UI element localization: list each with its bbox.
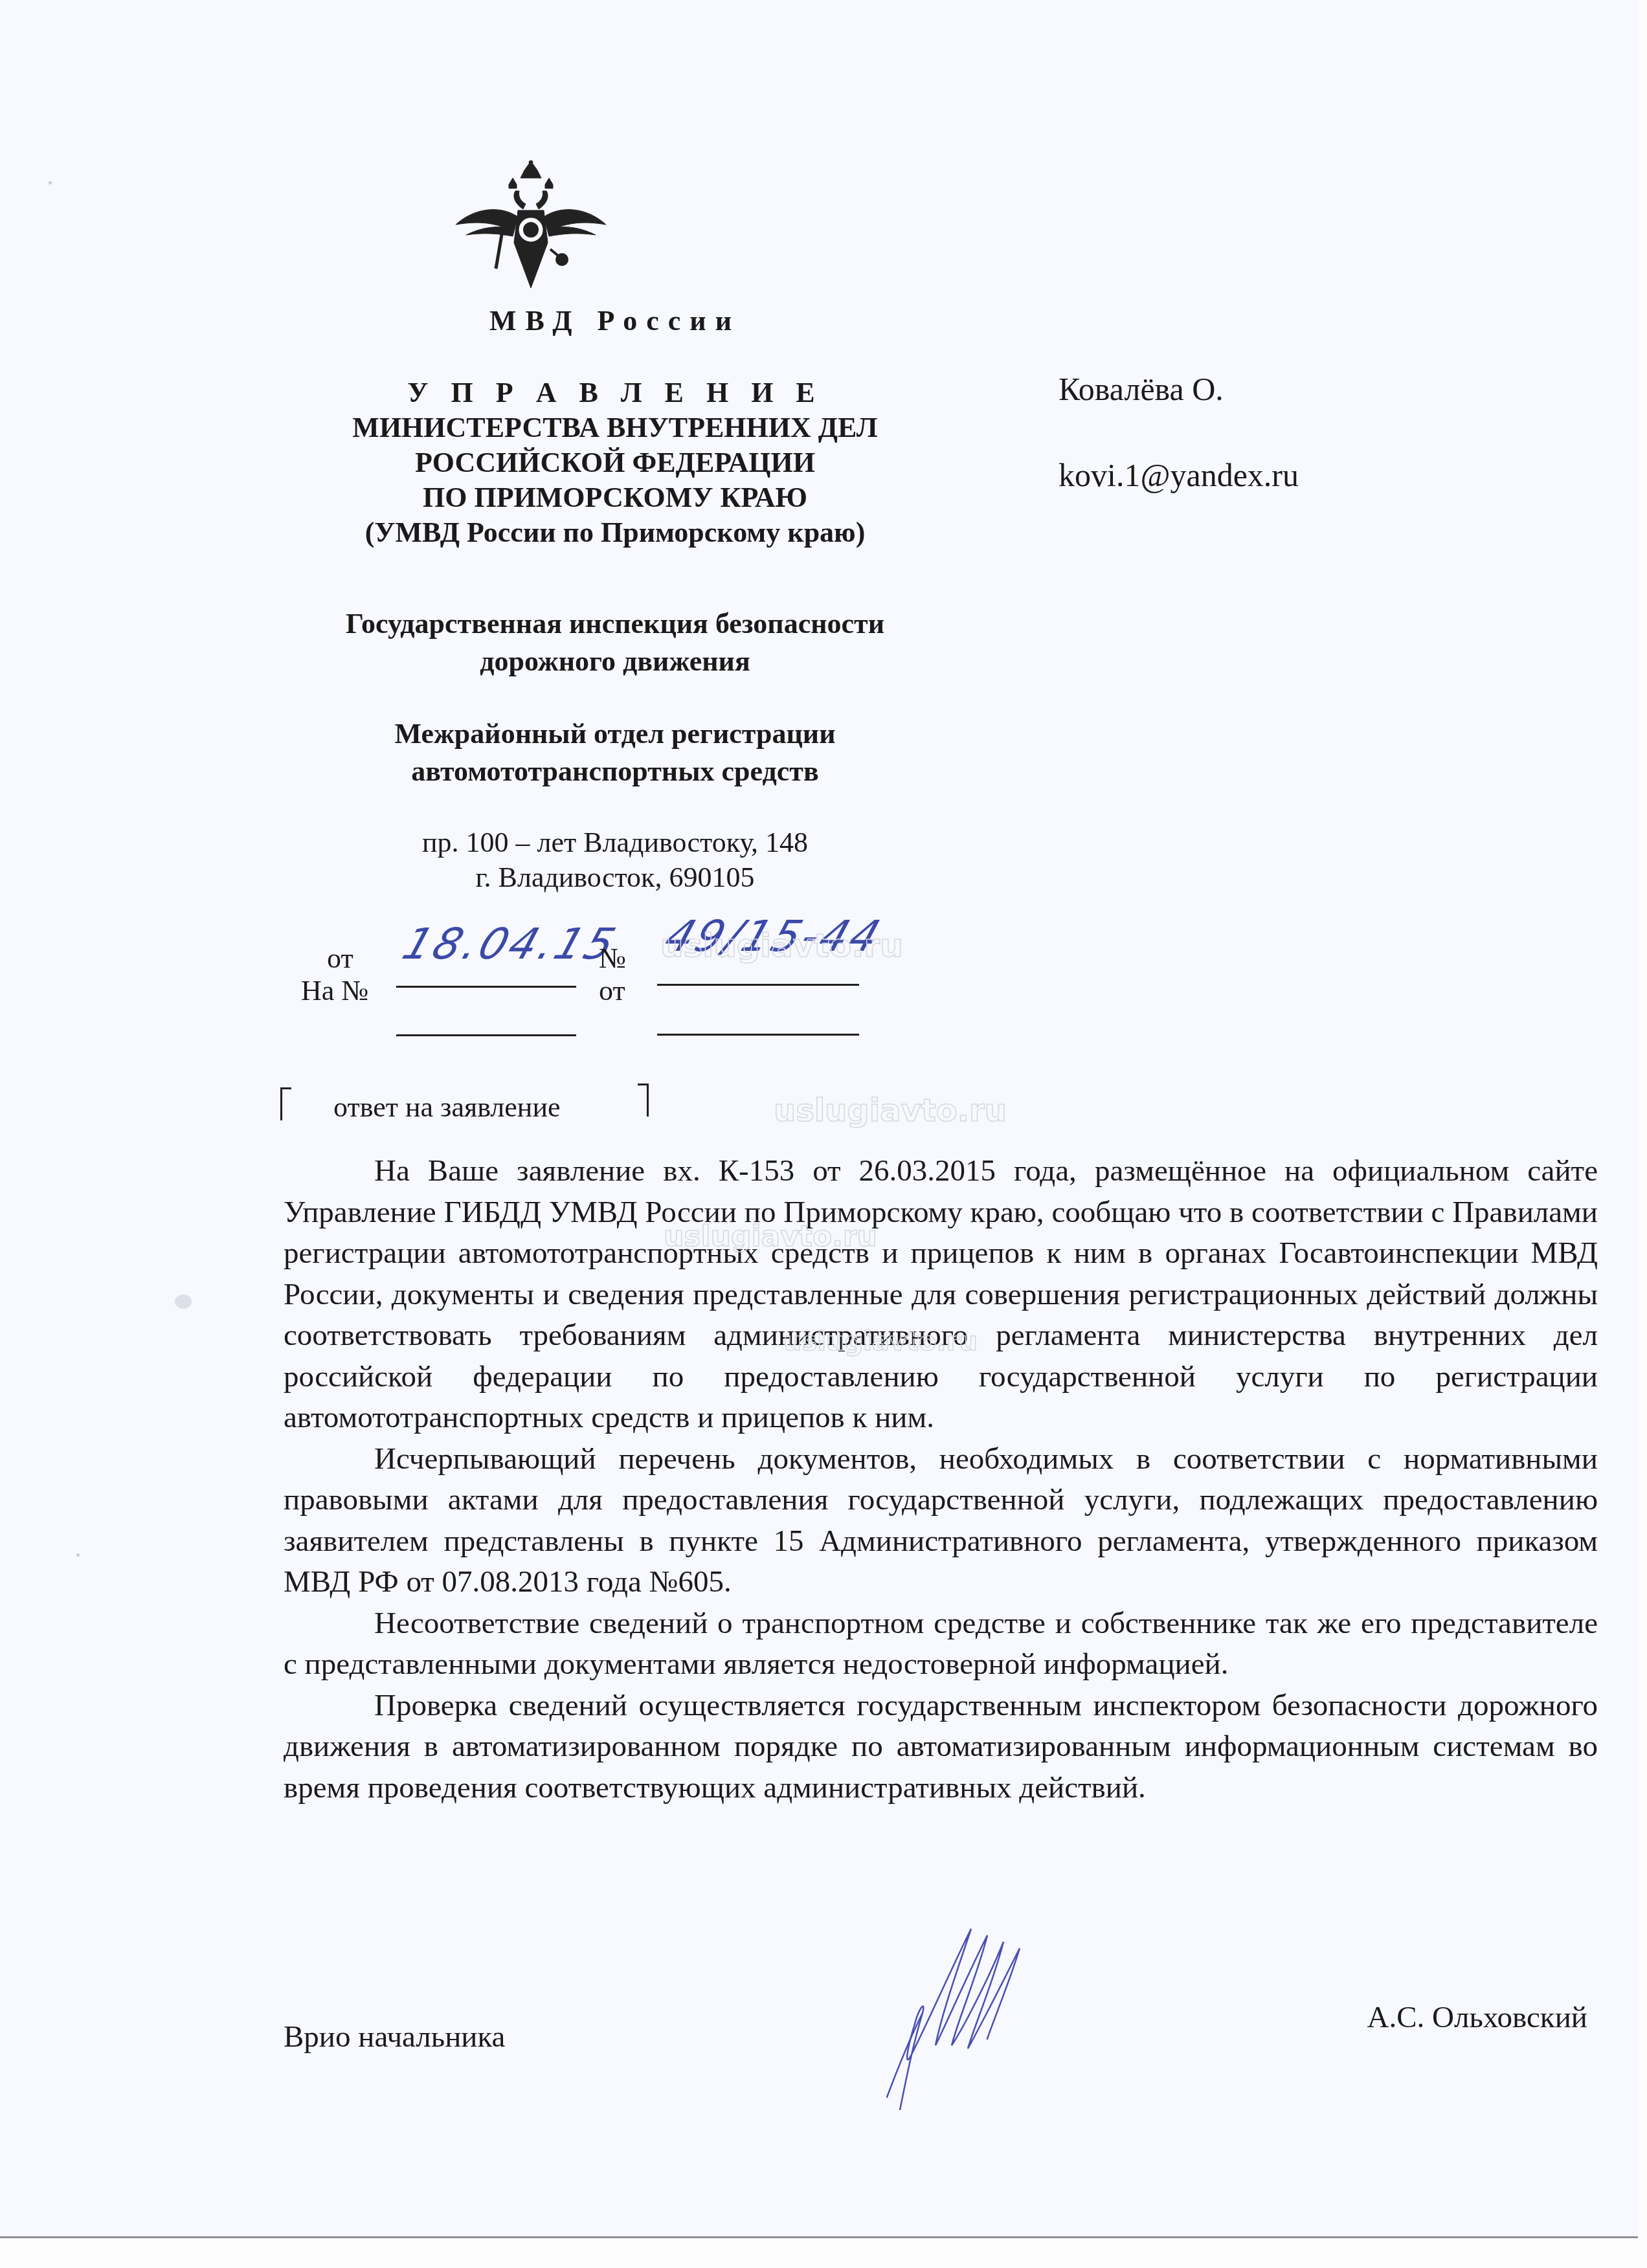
handwritten-signature-icon — [861, 1916, 1068, 2110]
subject-bracket-left — [280, 1087, 291, 1120]
from-date-label: от — [327, 942, 353, 975]
reply-to-label: На № — [301, 974, 368, 1007]
body-paragraph: Несоответствие сведений о транспортном с… — [284, 1603, 1598, 1685]
date-value: 18.04.15 — [396, 919, 623, 969]
signer-name: А.С. Ольховский — [1367, 2000, 1588, 2035]
number-value: 49/15-44 — [658, 911, 888, 961]
department-line: У П Р А В Л Е Н И Е — [272, 375, 958, 410]
signer-position: Врио начальника — [284, 2019, 505, 2054]
reply-from-field-line — [657, 1034, 859, 1036]
subject-bracket-right — [638, 1084, 649, 1117]
inspection-name: Государственная инспекция безопасности д… — [272, 605, 958, 680]
department-name: У П Р А В Л Е Н И Е МИНИСТЕРСТВА ВНУТРЕН… — [272, 375, 958, 550]
subject-line: ответ на заявление — [333, 1091, 560, 1124]
date-field-line — [396, 986, 576, 988]
body-paragraph: На Ваше заявление вх. К-153 от 26.03.201… — [284, 1151, 1598, 1439]
scan-artifact — [175, 1295, 192, 1309]
reply-to-field-line — [396, 1034, 576, 1036]
mvd-eagle-emblem-icon — [453, 159, 609, 295]
department-line: (УМВД России по Приморскому краю) — [272, 515, 958, 550]
recipient-email: kovi.1@yandex.ru — [1059, 456, 1299, 494]
reply-from-label: от — [599, 974, 625, 1007]
inspection-line: дорожного движения — [272, 643, 958, 680]
department-line: МИНИСТЕРСТВА ВНУТРЕННИХ ДЕЛ — [272, 410, 958, 445]
scan-artifact — [49, 181, 52, 184]
ministry-title: МВД России — [272, 304, 958, 337]
recipient-name: Ковалёва О. — [1059, 370, 1224, 408]
number-label: № — [599, 942, 626, 975]
department-line: РОССИЙСКОЙ ФЕДЕРАЦИИ — [272, 445, 958, 480]
body-paragraph: Исчерпывающий перечень документов, необх… — [284, 1439, 1598, 1603]
office-address: пр. 100 – лет Владивостоку, 148 г. Влади… — [272, 825, 958, 895]
address-line: пр. 100 – лет Владивостоку, 148 — [272, 825, 958, 860]
letter-page: МВД России У П Р А В Л Е Н И Е МИНИСТЕРС… — [0, 0, 1638, 2238]
division-name: Межрайонный отдел регистрации автомототр… — [272, 715, 958, 790]
watermark: uslugiavto.ru — [774, 1093, 1007, 1129]
division-line: автомототранспортных средств — [272, 753, 958, 790]
scan-artifact — [76, 1553, 80, 1557]
body-paragraph: Проверка сведений осуществляется государ… — [284, 1685, 1598, 1809]
number-field-line — [657, 984, 859, 986]
address-line: г. Владивосток, 690105 — [272, 860, 958, 895]
department-line: ПО ПРИМОРСКОМУ КРАЮ — [272, 480, 958, 515]
inspection-line: Государственная инспекция безопасности — [272, 605, 958, 643]
letter-body: На Ваше заявление вх. К-153 от 26.03.201… — [284, 1151, 1598, 1808]
division-line: Межрайонный отдел регистрации — [272, 715, 958, 753]
